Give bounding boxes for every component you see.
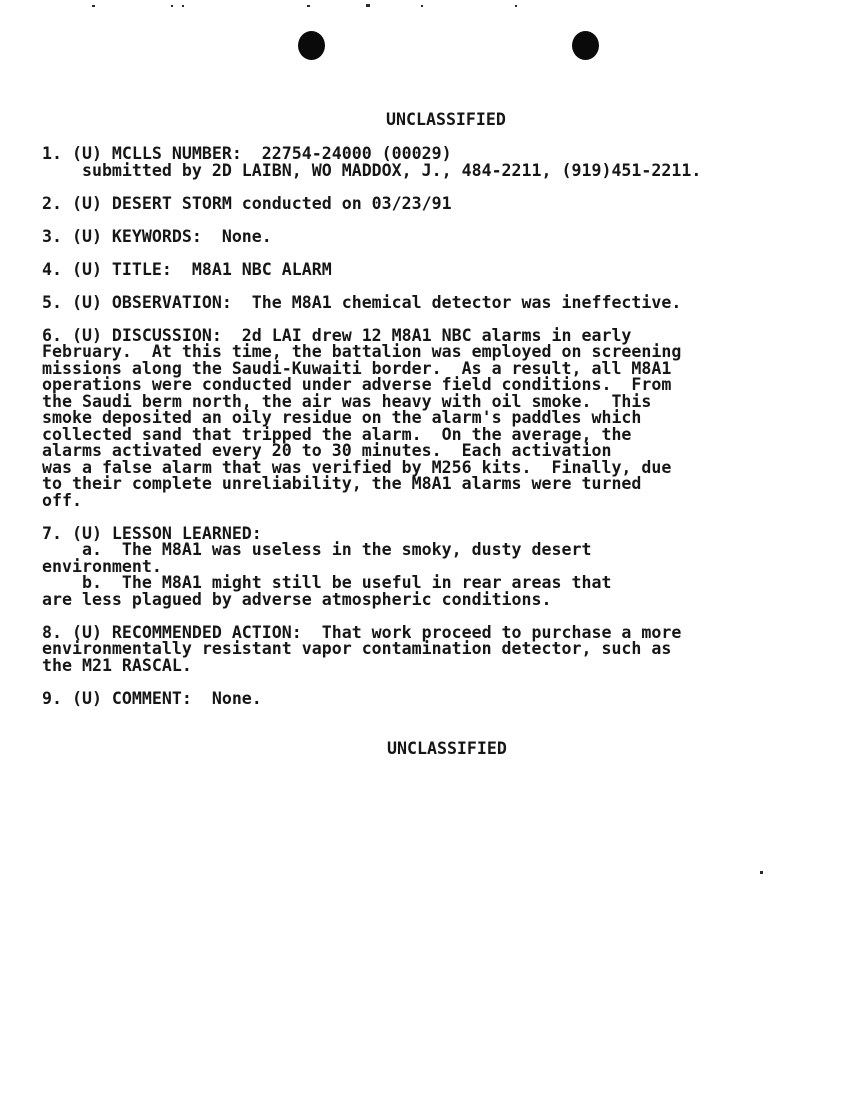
doc-line: 5. (U) OBSERVATION: The M8A1 chemical de… — [42, 295, 812, 312]
scan-speck — [171, 5, 173, 7]
item-4-title: 4. (U) TITLE: M8A1 NBC ALARM — [42, 262, 812, 279]
doc-line: to their complete unreliability, the M8A… — [42, 476, 812, 493]
doc-line: 9. (U) COMMENT: None. — [42, 691, 812, 708]
doc-line: 4. (U) TITLE: M8A1 NBC ALARM — [42, 262, 812, 279]
classification-banner-top: UNCLASSIFIED — [386, 112, 506, 129]
scan-speck — [515, 5, 517, 7]
item-2-operation: 2. (U) DESERT STORM conducted on 03/23/9… — [42, 196, 812, 213]
item-6-discussion: 6. (U) DISCUSSION: 2d LAI drew 12 M8A1 N… — [42, 328, 812, 510]
doc-line: off. — [42, 493, 812, 510]
item-8-recommended-action: 8. (U) RECOMMENDED ACTION: That work pro… — [42, 625, 812, 675]
scan-speck — [182, 5, 184, 7]
scan-speck — [307, 5, 310, 7]
item-5-observation: 5. (U) OBSERVATION: The M8A1 chemical de… — [42, 295, 812, 312]
scan-speck — [760, 871, 763, 874]
item-9-comment: 9. (U) COMMENT: None. — [42, 691, 812, 708]
doc-line: 2. (U) DESERT STORM conducted on 03/23/9… — [42, 196, 812, 213]
doc-line: 3. (U) KEYWORDS: None. — [42, 229, 812, 246]
item-1-mclls-number: 1. (U) MCLLS NUMBER: 22754-24000 (00029)… — [42, 146, 812, 179]
scan-speck — [366, 4, 370, 7]
item-3-keywords: 3. (U) KEYWORDS: None. — [42, 229, 812, 246]
doc-line: submitted by 2D LAIBN, WO MADDOX, J., 48… — [42, 163, 812, 180]
punch-hole-mark — [572, 31, 599, 60]
doc-line: the M21 RASCAL. — [42, 658, 812, 675]
document-body: 1. (U) MCLLS NUMBER: 22754-24000 (00029)… — [42, 146, 812, 724]
scan-speck — [92, 5, 95, 7]
scan-speck — [421, 5, 423, 7]
doc-line: are less plagued by adverse atmospheric … — [42, 592, 812, 609]
classification-banner-bottom: UNCLASSIFIED — [387, 741, 507, 758]
scanned-document-page: UNCLASSIFIED 1. (U) MCLLS NUMBER: 22754-… — [0, 0, 850, 1107]
item-7-lesson-learned: 7. (U) LESSON LEARNED: a. The M8A1 was u… — [42, 526, 812, 609]
punch-hole-mark — [298, 31, 325, 60]
